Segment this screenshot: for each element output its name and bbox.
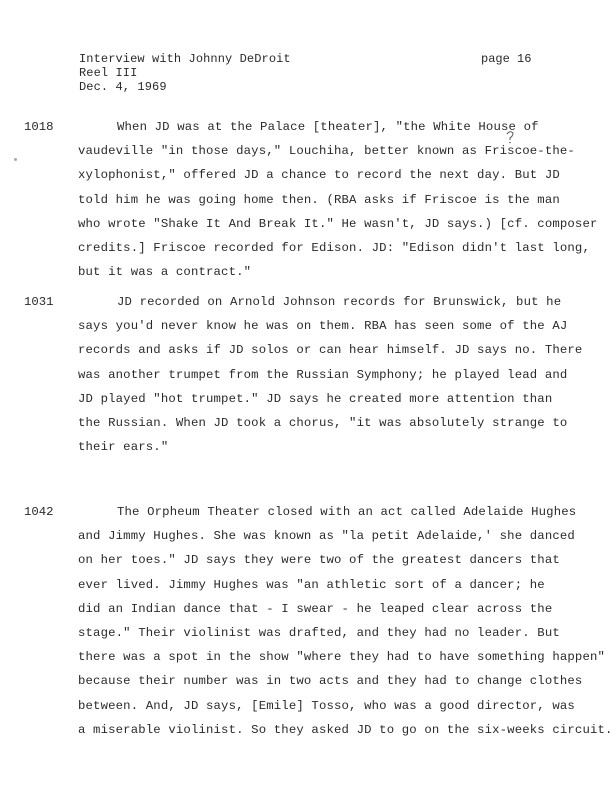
text-line: the Russian. When JD took a chorus, "it …	[78, 416, 567, 430]
text-line: told him he was going home then. (RBA as…	[78, 193, 560, 207]
text-line: ever lived. Jimmy Hughes was "an athleti…	[78, 578, 545, 592]
text-line: credits.] Friscoe recorded for Edison. J…	[78, 241, 590, 255]
text-line: stage." Their violinist was drafted, and…	[78, 626, 560, 640]
text-line: When JD was at the Palace [theater], "th…	[117, 120, 539, 134]
text-line: says you'd never know he was on them. RB…	[78, 319, 567, 333]
text-line: a miserable violinist. So they asked JD …	[78, 723, 612, 737]
header-title: Interview with Johnny DeDroit	[79, 52, 291, 66]
text-line: and Jimmy Hughes. She was known as "la p…	[78, 529, 575, 543]
text-line: The Orpheum Theater closed with an act c…	[117, 505, 576, 519]
text-line: but it was a contract."	[78, 265, 251, 279]
text-line: their ears."	[78, 440, 168, 454]
page-number: page 16	[481, 52, 531, 66]
header-reel: Reel III	[79, 66, 137, 80]
text-line: did an Indian dance that - I swear - he …	[78, 602, 552, 616]
text-line: on her toes." JD says they were two of t…	[78, 553, 560, 567]
text-line: xylophonist," offered JD a chance to rec…	[78, 168, 560, 182]
text-line: because their number was in two acts and…	[78, 674, 582, 688]
paragraph-number: 1042	[24, 505, 54, 519]
text-line: vaudeville "in those days," Louchiha, be…	[78, 144, 575, 158]
text-line: records and asks if JD solos or can hear…	[78, 343, 582, 357]
text-line: JD played "hot trumpet." JD says he crea…	[78, 392, 552, 406]
text-line: between. And, JD says, [Emile] Tosso, wh…	[78, 699, 575, 713]
text-line: who wrote "Shake It And Break It." He wa…	[78, 217, 598, 231]
header-date: Dec. 4, 1969	[79, 80, 167, 94]
text-line: was another trumpet from the Russian Sym…	[78, 368, 567, 382]
text-line: JD recorded on Arnold Johnson records fo…	[117, 295, 561, 309]
paragraph-number: 1018	[24, 120, 54, 134]
text-line: there was a spot in the show "where they…	[78, 650, 605, 664]
margin-speck	[14, 158, 17, 161]
paragraph-number: 1031	[24, 295, 54, 309]
